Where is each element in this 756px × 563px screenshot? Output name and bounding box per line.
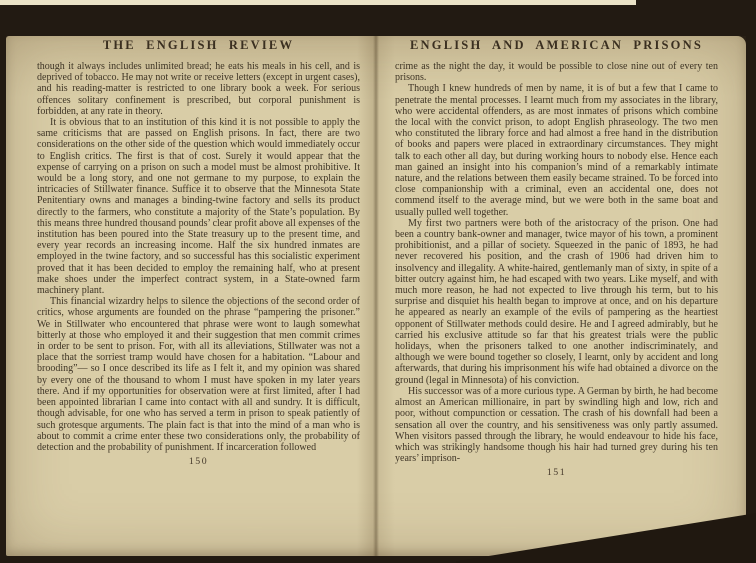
- open-book-scan: THE ENGLISH REVIEW though it always incl…: [6, 36, 746, 556]
- paragraph: crime as the night the day, it would be …: [395, 61, 718, 83]
- right-page: ENGLISH AND AMERICAN PRISONS crime as th…: [376, 36, 746, 556]
- right-running-head: ENGLISH AND AMERICAN PRISONS: [395, 38, 718, 53]
- paragraph: Though I knew hundreds of men by name, i…: [395, 83, 718, 217]
- right-page-text: crime as the night the day, it would be …: [395, 61, 718, 464]
- scanner-edge-strip: [0, 0, 636, 5]
- left-page-text: though it always includes unlimited brea…: [37, 61, 360, 453]
- left-page-number: 150: [37, 456, 360, 467]
- paragraph: though it always includes unlimited brea…: [37, 61, 360, 117]
- paragraph: This financial wizardry helps to silence…: [37, 296, 360, 453]
- paragraph: My first two partners were both of the a…: [395, 218, 718, 386]
- paragraph: His successor was of a more curious type…: [395, 386, 718, 464]
- left-running-head: THE ENGLISH REVIEW: [37, 38, 360, 53]
- left-page: THE ENGLISH REVIEW though it always incl…: [6, 36, 376, 556]
- right-page-number: 151: [395, 467, 718, 478]
- paragraph: It is obvious that to an institution of …: [37, 117, 360, 296]
